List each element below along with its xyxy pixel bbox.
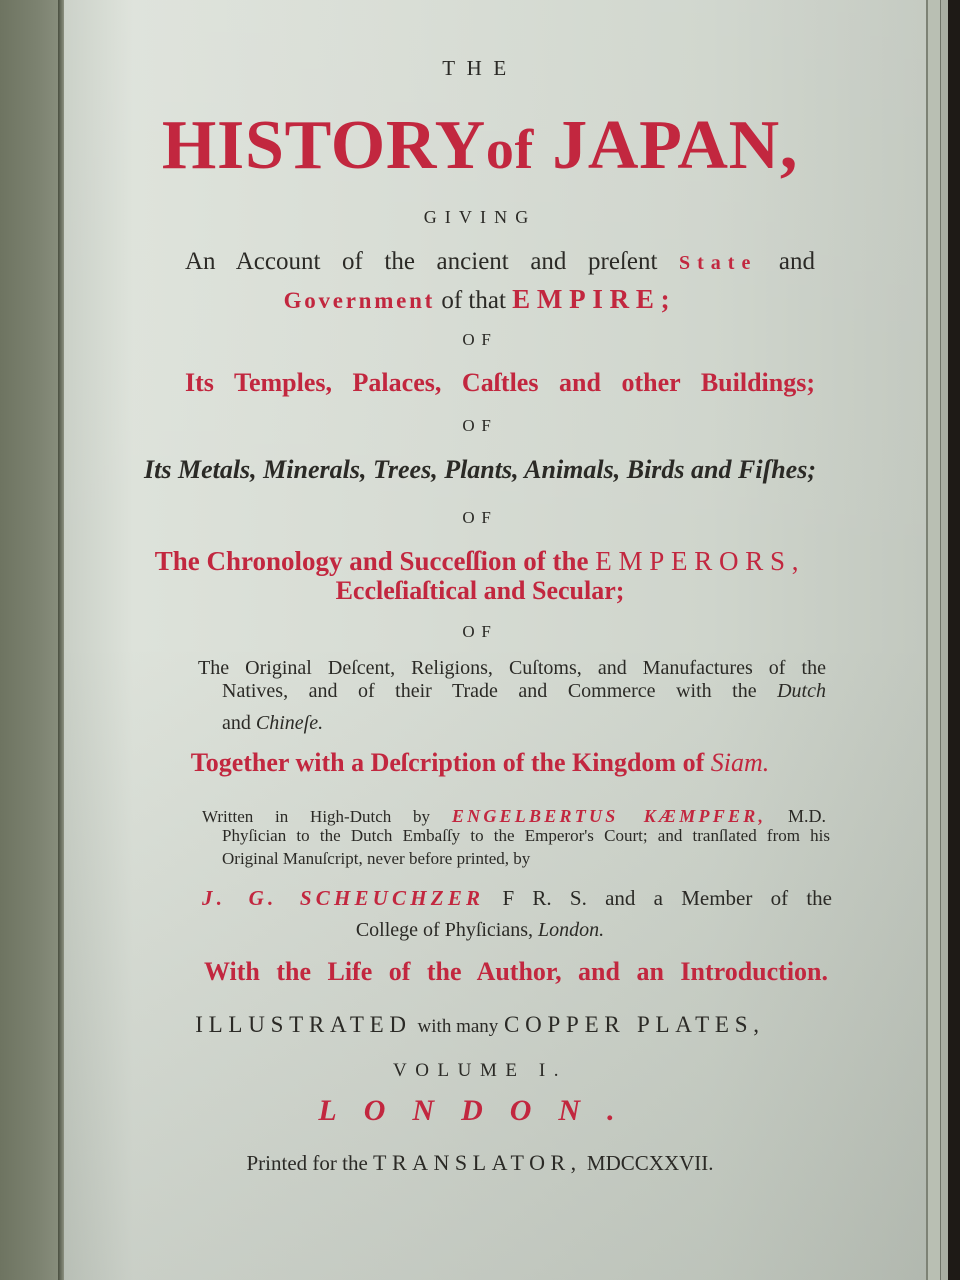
- emperors-word: EMPERORS,: [595, 546, 805, 576]
- printed-for-text: Printed for the: [246, 1151, 367, 1175]
- place-london: LONDON.: [0, 1094, 960, 1128]
- together-text: Together with a Deſcription of the Kingd…: [191, 748, 705, 777]
- title-japan: JAPAN,: [552, 107, 798, 184]
- title-of: of: [486, 119, 534, 181]
- translator-line-1: J. G. SCHEUCHZER F R. S. and a Member of…: [202, 886, 832, 911]
- title-history: HISTORY: [162, 107, 486, 184]
- volume-label: VOLUME I.: [0, 1060, 960, 1082]
- original-line-2: Natives, and of their Trade and Commerce…: [222, 680, 826, 703]
- written-text: Written in High-Dutch by: [202, 807, 430, 826]
- imprint-line: Printed for the TRANSLATOR, MDCCXXVII.: [0, 1150, 960, 1176]
- with-many-text: with many: [418, 1016, 499, 1037]
- the-heading: THE: [0, 56, 960, 81]
- chronology-line-2: Eccleſiaſtical and Secular;: [0, 576, 960, 606]
- translator-word: TRANSLATOR,: [373, 1150, 582, 1175]
- of-separator: OF: [0, 508, 960, 528]
- translator-name: J. G. SCHEUCHZER: [202, 886, 484, 910]
- original-text: Natives, and of their Trade and Commerce…: [222, 680, 757, 702]
- temples-line: Its Temples, Palaces, Caſtles and other …: [185, 368, 815, 398]
- written-line-3: Original Manuſcript, never before printe…: [222, 849, 830, 869]
- chronology-text: The Chronology and Succeſſion of the: [155, 546, 589, 576]
- london-italic: London.: [538, 919, 604, 941]
- dutch-word: Dutch: [777, 680, 826, 702]
- together-line: Together with a Deſcription of the Kingd…: [0, 748, 960, 778]
- siam-word: Siam.: [711, 748, 770, 777]
- copper-plates-word: COPPER PLATES,: [504, 1012, 765, 1037]
- author-degree: M.D.: [788, 806, 826, 826]
- main-title: HISTORYof JAPAN,: [0, 106, 960, 186]
- state-word: State: [679, 252, 757, 274]
- translator-line-2: College of Phyſicians, London.: [0, 919, 960, 942]
- of-separator: OF: [0, 330, 960, 350]
- of-that-text: of that: [441, 287, 506, 314]
- author-name: ENGELBERTUS KÆMPFER,: [452, 806, 766, 826]
- account-text: An Account of the ancient and preſent: [185, 248, 657, 275]
- metals-line: Its Metals, Minerals, Trees, Plants, Ani…: [0, 455, 960, 485]
- written-line-1: Written in High-Dutch by ENGELBERTUS KÆM…: [202, 806, 826, 827]
- imprint-year: MDCCXXVII.: [587, 1151, 714, 1175]
- account-and: and: [779, 248, 815, 275]
- college-text: College of Phyſicians,: [356, 919, 533, 941]
- original-line-1: The Original Deſcent, Religions, Cuſtoms…: [198, 657, 826, 680]
- of-separator: OF: [0, 416, 960, 436]
- empire-word: EMPIRE;: [512, 284, 676, 314]
- government-word: Government: [284, 288, 436, 313]
- illustrated-word: ILLUSTRATED: [195, 1012, 412, 1037]
- translator-credentials: F R. S. and a Member of the: [502, 886, 832, 910]
- chinese-word: Chineſe.: [256, 712, 323, 734]
- of-separator: OF: [0, 622, 960, 642]
- written-line-2: Phyſician to the Dutch Embaſſy to the Em…: [222, 826, 830, 846]
- giving-label: GIVING: [0, 207, 960, 228]
- original-line-3: and Chineſe.: [222, 712, 826, 735]
- account-line-1: An Account of the ancient and preſent St…: [185, 248, 815, 276]
- account-line-2: Government of that EMPIRE;: [0, 284, 960, 315]
- chronology-line-1: The Chronology and Succeſſion of the EMP…: [0, 546, 960, 577]
- illustrated-line: ILLUSTRATED with many COPPER PLATES,: [0, 1012, 960, 1038]
- life-line: With the Life of the Author, and an Intr…: [204, 957, 828, 987]
- and-word: and: [222, 712, 251, 734]
